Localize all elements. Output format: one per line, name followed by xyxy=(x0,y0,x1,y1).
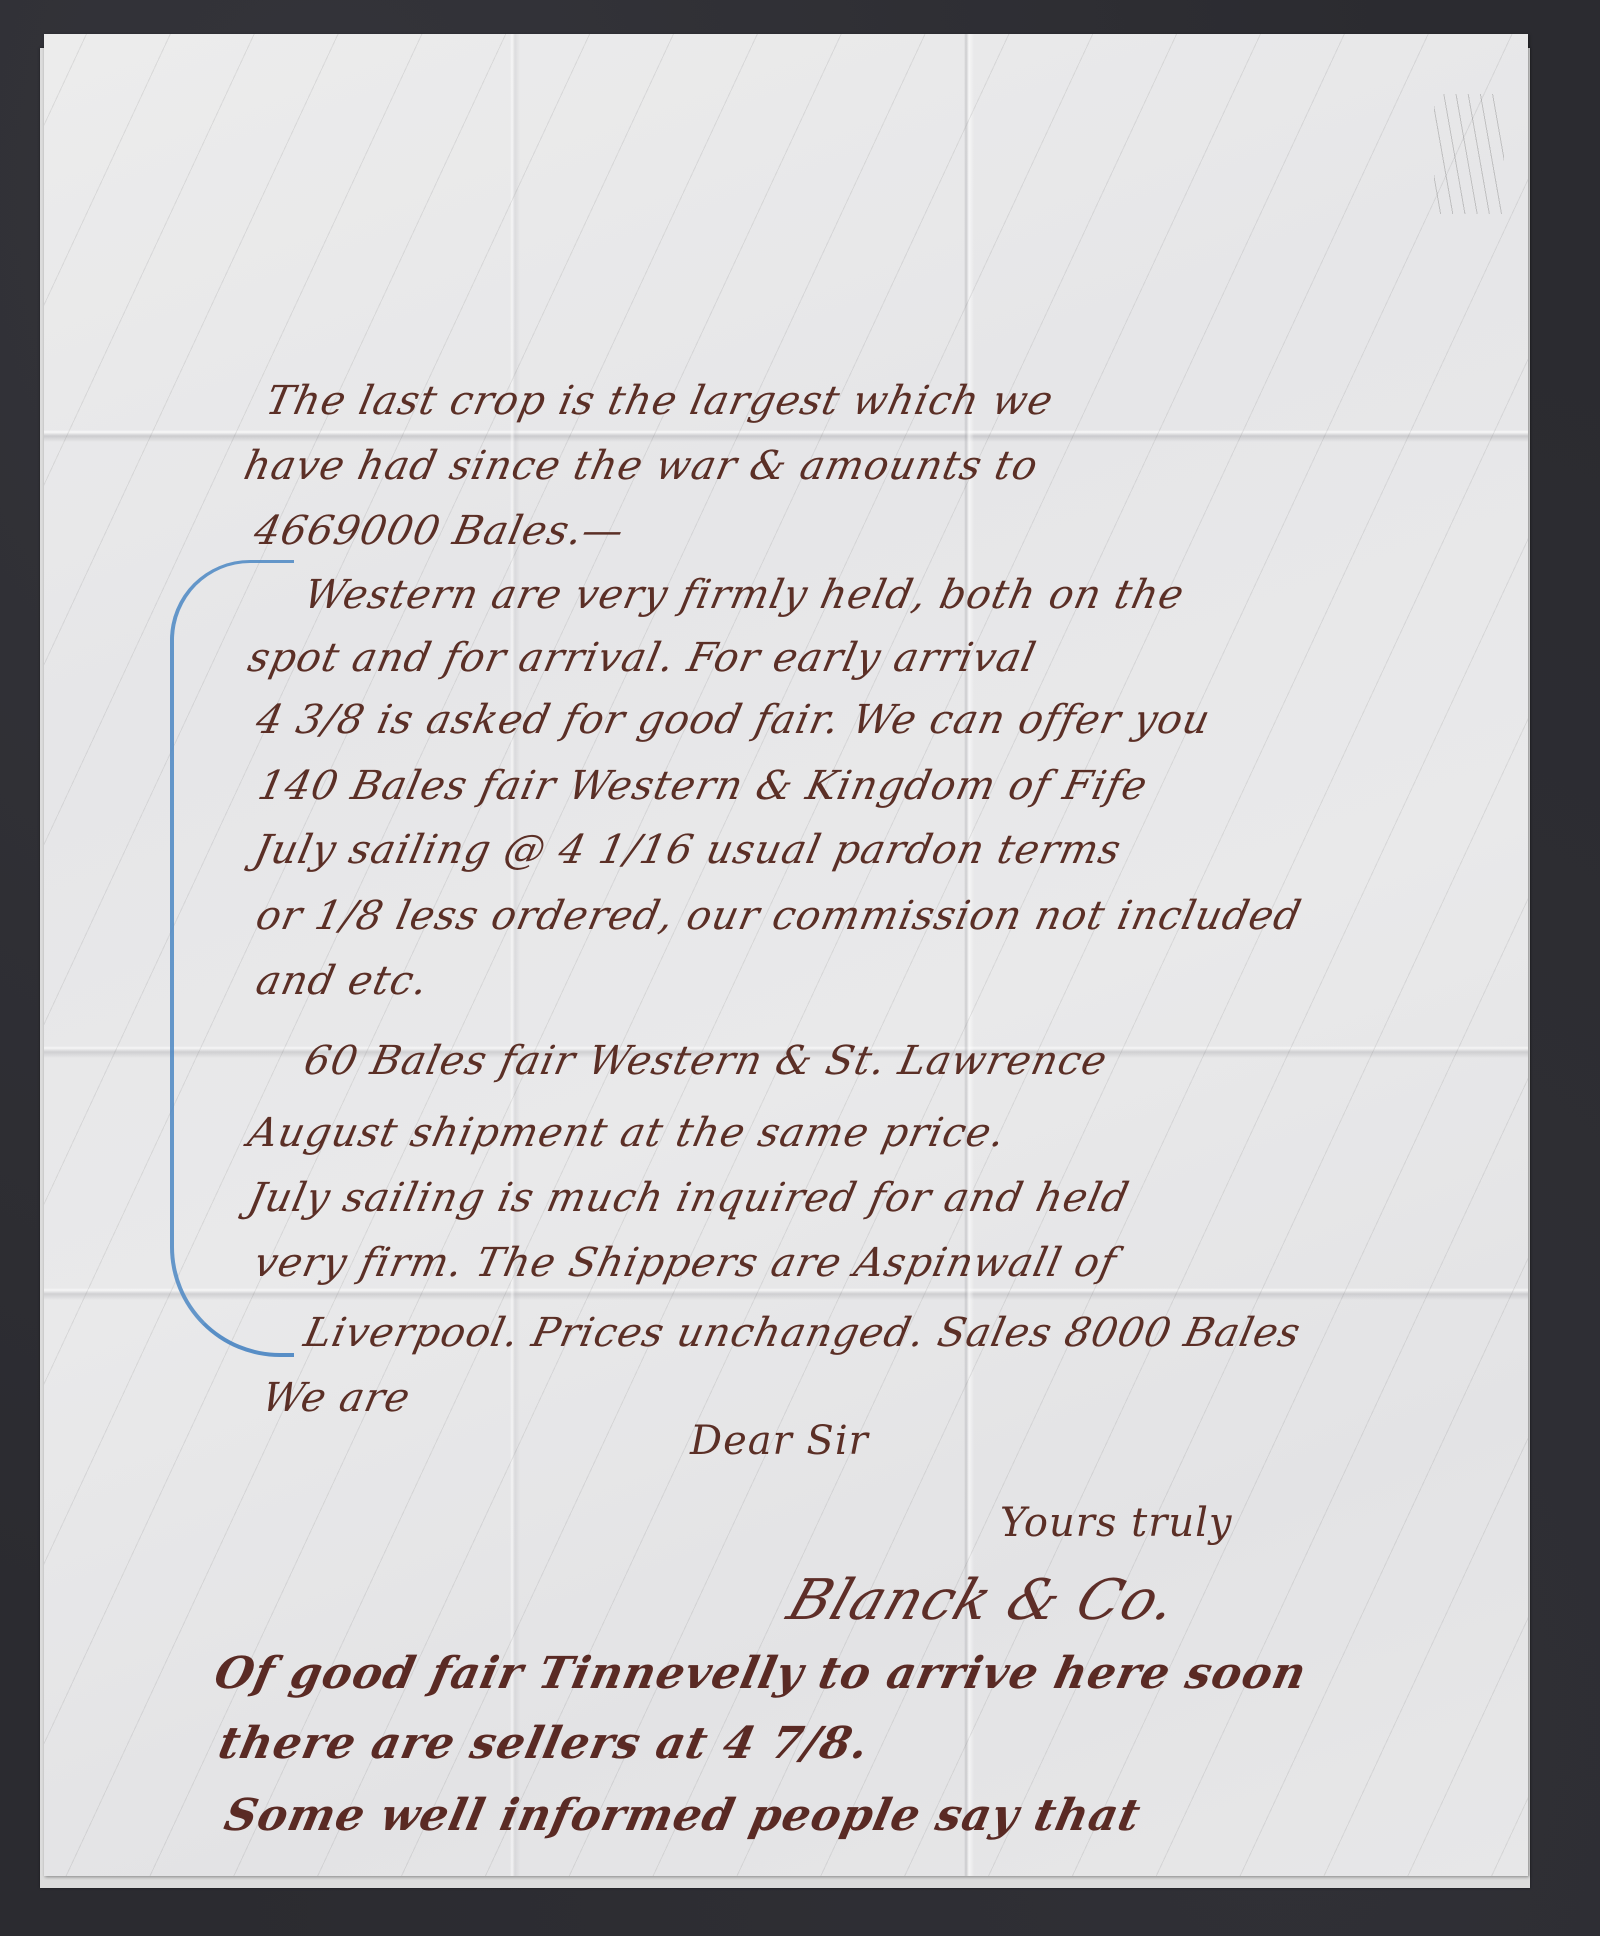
pencil-notation xyxy=(1434,94,1504,214)
letter-line: very firm. The Shippers are Aspinwall of xyxy=(250,1240,1121,1286)
letter-line: Western are very firmly held, both on th… xyxy=(300,572,1189,618)
letter-line: We are xyxy=(258,1375,415,1421)
letter-line: 60 Bales fair Western & St. Lawrence xyxy=(300,1038,1112,1084)
letter-line: August shipment at the same price. xyxy=(244,1110,1010,1156)
letter-line: The last crop is the largest which we xyxy=(262,378,1058,424)
letter-line: 140 Bales fair Western & Kingdom of Fife xyxy=(254,763,1152,809)
letter-line: July sailing is much inquired for and he… xyxy=(244,1175,1133,1221)
postscript-line: there are sellers at 4 7/8. xyxy=(214,1718,874,1769)
salutation: Dear Sir xyxy=(690,1418,869,1464)
letter-line: 4669000 Bales.— xyxy=(250,508,629,554)
postscript-line: Of good fair Tinnevelly to arrive here s… xyxy=(210,1648,1311,1699)
letter-line: July sailing @ 4 1/16 usual pardon terms xyxy=(250,827,1125,873)
letter-line: Liverpool. Prices unchanged. Sales 8000 … xyxy=(300,1310,1305,1356)
letter-line: spot and for arrival. For early arrival xyxy=(244,635,1040,681)
letter-line: 4 3/8 is asked for good fair. We can off… xyxy=(252,697,1215,743)
signature: Blanck & Co. xyxy=(780,1568,1186,1633)
letter-line: have had since the war & amounts to xyxy=(240,443,1042,489)
postscript-line: Some well informed people say that xyxy=(220,1790,1145,1841)
letter-line: and etc. xyxy=(252,958,433,1004)
letter-line: or 1/8 less ordered, our commission not … xyxy=(252,893,1306,939)
valediction: Yours truly xyxy=(1000,1500,1232,1546)
